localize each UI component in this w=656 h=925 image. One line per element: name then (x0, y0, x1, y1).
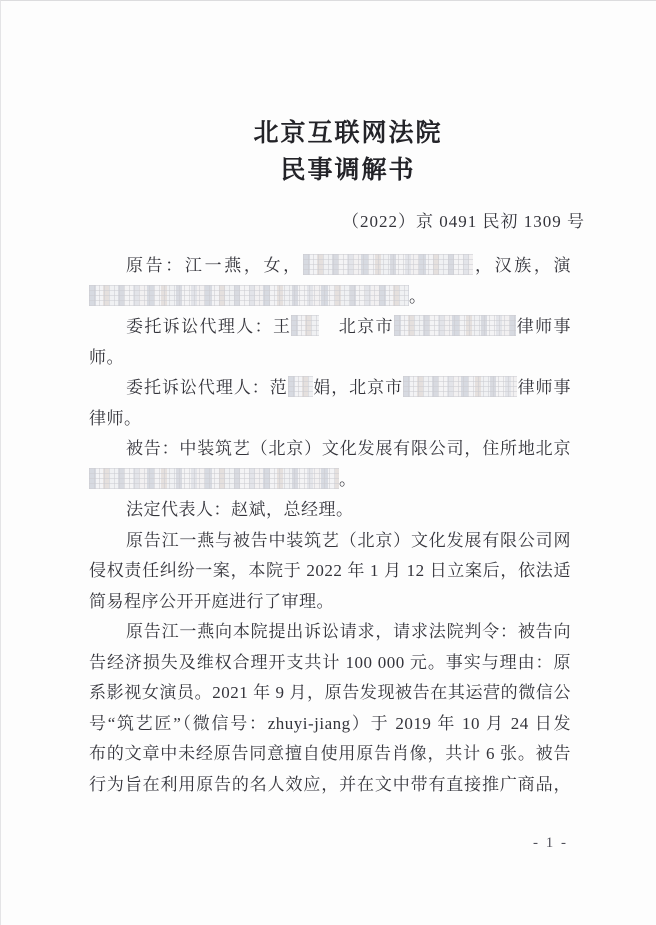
case-number: （2022）京 0491 民初 1309 号 (89, 210, 585, 234)
text-line: 委托诉讼代理人：范娟，北京市律师事务所 (89, 373, 571, 404)
text-line: 布的文章中未经原告同意擅自使用原告肖像，共计 6 张。被告的 (89, 739, 571, 770)
redaction-block (394, 315, 516, 336)
document-title-block: 北京互联网法院 民事调解书 (107, 115, 589, 189)
text-segment: 原告：江一燕，女， (126, 256, 303, 275)
redaction-block (288, 376, 313, 397)
text-segment: 被告：中装筑艺（北京）文化发展有限公司，住所地北京市 (126, 439, 571, 465)
text-segment: 原告江一燕与被告中装筑艺（北京）文化发展有限公司网络 (126, 531, 571, 557)
text-line: 原告江一燕向本院提出诉讼请求，请求法院判令：被告向原 (89, 617, 571, 648)
page-number: - 1 - (533, 834, 568, 852)
text-segment: 。 (409, 287, 427, 306)
text-line: 委托诉讼代理人：王 北京市律师事务所律 (89, 312, 571, 343)
text-segment: 布的文章中未经原告同意擅自使用原告肖像，共计 6 张。被告的 (89, 744, 571, 770)
text-line: 。 (89, 282, 571, 313)
text-line: 行为旨在利用原告的名人效应，并在文中带有直接推广商品，严 (89, 770, 571, 801)
text-segment: 委托诉讼代理人：王 (126, 317, 291, 336)
text-line: 简易程序公开开庭进行了审理。 (89, 587, 571, 618)
text-segment: 系影视女演员。2021 年 9 月，原告发现被告在其运营的微信公众 (89, 683, 571, 709)
redaction-block (89, 285, 409, 306)
text-line: 被告：中装筑艺（北京）文化发展有限公司，住所地北京市 (89, 434, 571, 465)
text-segment: 法定代表人：赵斌，总经理。 (126, 500, 354, 519)
text-segment: 行为旨在利用原告的名人效应，并在文中带有直接推广商品，严 (89, 775, 571, 801)
document-page: 北京互联网法院 民事调解书 （2022）京 0491 民初 1309 号 原告：… (0, 0, 656, 925)
text-line: 号“筑艺匠”（微信号：zhuyi-jiang）于 2019 年 10 月 24 … (89, 709, 571, 740)
text-line: 。 (89, 465, 571, 496)
redaction-block (89, 468, 339, 489)
text-line: 原告：江一燕，女，，汉族，演员，住 (89, 251, 571, 282)
document-content: 北京互联网法院 民事调解书 （2022）京 0491 民初 1309 号 原告：… (89, 1, 571, 800)
text-line: 告经济损失及维权合理开支共计 100 000 元。事实与理由：原告 (89, 648, 571, 679)
text-line: 法定代表人：赵斌，总经理。 (89, 495, 571, 526)
text-segment: 。 (339, 470, 357, 489)
text-segment: 委托诉讼代理人：范 (126, 378, 288, 397)
redaction-block (403, 376, 517, 397)
court-name: 北京互联网法院 (107, 115, 589, 152)
text-segment: 简易程序公开开庭进行了审理。 (89, 592, 334, 611)
text-line: 侵权责任纠纷一案，本院于 2022 年 1 月 12 日立案后，依法适用 (89, 556, 571, 587)
text-line: 原告江一燕与被告中装筑艺（北京）文化发展有限公司网络 (89, 526, 571, 557)
text-line: 律师。 (89, 404, 571, 435)
text-segment: 侵权责任纠纷一案，本院于 2022 年 1 月 12 日立案后，依法适用 (89, 561, 571, 587)
text-line: 系影视女演员。2021 年 9 月，原告发现被告在其运营的微信公众 (89, 678, 571, 709)
text-line: 师。 (89, 343, 571, 374)
text-segment: 律师。 (89, 409, 142, 428)
redaction-block (291, 315, 319, 336)
text-segment: 告经济损失及维权合理开支共计 100 000 元。事实与理由：原告 (89, 653, 571, 679)
text-segment: 娟，北京市 (313, 378, 403, 397)
text-segment: 原告江一燕向本院提出诉讼请求，请求法院判令：被告向原 (126, 622, 571, 648)
document-type: 民事调解书 (107, 152, 589, 189)
text-segment: 北京市 (319, 317, 393, 336)
text-segment: 号“筑艺匠”（微信号：zhuyi-jiang）于 2019 年 10 月 24 … (89, 714, 571, 733)
text-segment: 师。 (89, 348, 124, 367)
document-body: 原告：江一燕，女，，汉族，演员，住。委托诉讼代理人：王 北京市律师事务所律师。委… (89, 251, 571, 800)
redaction-block (303, 254, 473, 275)
